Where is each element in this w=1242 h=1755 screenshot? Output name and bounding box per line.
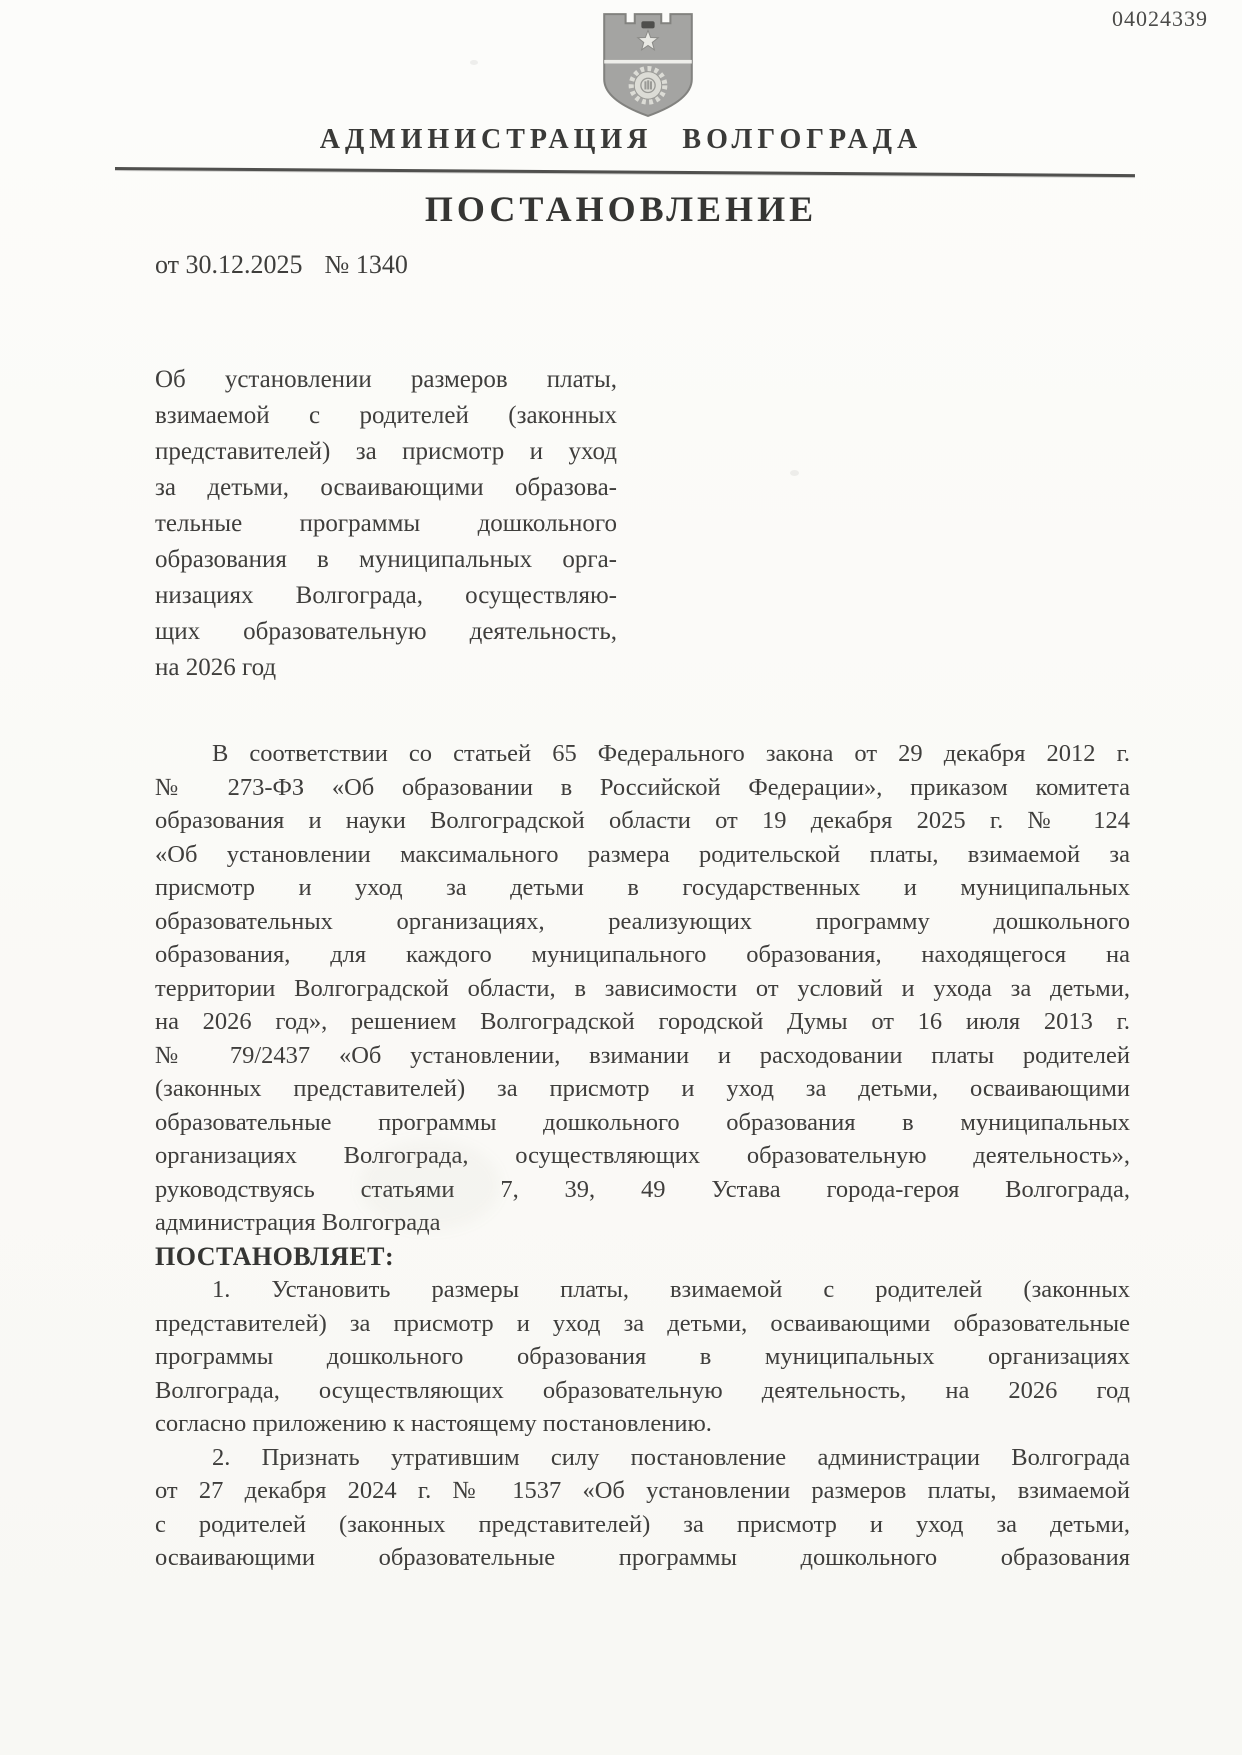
body-text: В соответствии со статьей 65 Федеральног… (155, 737, 1130, 1575)
text-line: тельные программы дошкольного (155, 506, 617, 542)
header-divider-line (115, 167, 1135, 177)
medal-ribbon (641, 21, 654, 28)
sheaf-bar (644, 81, 646, 89)
text-line: администрация Волгограда (155, 1206, 1130, 1240)
text-line: взимаемой с родителей (законных (155, 398, 617, 434)
text-line: от 27 декабря 2024 г. № 1537 «Об установ… (155, 1474, 1130, 1508)
scan-number: 04024339 (1112, 6, 1208, 32)
text-line: образовательных организациях, реализующи… (155, 905, 1130, 939)
text-line: (законных представителей) за присмотр и … (155, 1072, 1130, 1106)
text-line: Об установлении размеров платы, (155, 362, 617, 398)
text-line: с родителей (законных представителей) за… (155, 1508, 1130, 1542)
text-line: согласно приложению к настоящему постано… (155, 1407, 1130, 1441)
doc-number: № 1340 (325, 250, 408, 279)
text-line: организациях Волгограда, осуществляющих … (155, 1139, 1130, 1173)
subject-block: Об установлении размеров платы,взимаемой… (155, 362, 617, 686)
text-line: руководствуясь статьями 7, 39, 49 Устава… (155, 1173, 1130, 1207)
text-line: 1. Установить размеры платы, взимаемой с… (155, 1273, 1130, 1307)
text-line: образования в муниципальных орга- (155, 542, 617, 578)
text-line: № 79/2437 «Об установлении, взимании и р… (155, 1039, 1130, 1073)
resolution-item-2: 2. Признать утратившим силу постановлени… (155, 1441, 1130, 1575)
text-line: образовательные программы дошкольного об… (155, 1106, 1130, 1140)
document-page: 04024339 АДМИНИСТРАЦИЯ ВОЛГОГРАДА ПОСТАН… (0, 0, 1242, 1755)
text-line: на 2026 год», решением Волгоградской гор… (155, 1005, 1130, 1039)
scan-blemish (790, 470, 799, 476)
scan-blemish (470, 60, 478, 65)
text-line: 2. Признать утратившим силу постановлени… (155, 1441, 1130, 1475)
volgograd-coat-of-arms-icon (596, 8, 700, 120)
text-line: Волгограда, осуществляющих образовательн… (155, 1374, 1130, 1408)
text-line: представителей) за присмотр и уход (155, 434, 617, 470)
sheaf-bar (647, 80, 649, 89)
text-line: за детьми, осваивающими образова- (155, 470, 617, 506)
text-line: на 2026 год (155, 650, 617, 686)
resolves-heading: ПОСТАНОВЛЯЕТ: (155, 1240, 1130, 1274)
shield-divider (604, 60, 692, 64)
text-line: В соответствии со статьей 65 Федеральног… (155, 737, 1130, 771)
text-line: № 273-ФЗ «Об образовании в Российской Фе… (155, 771, 1130, 805)
text-line: программы дошкольного образования в муни… (155, 1340, 1130, 1374)
preamble-paragraph: В соответствии со статьей 65 Федеральног… (155, 737, 1130, 1240)
text-line: представителей) за присмотр и уход за де… (155, 1307, 1130, 1341)
sheaf-bar (650, 81, 652, 89)
text-line: присмотр и уход за детьми в государствен… (155, 871, 1130, 905)
resolution-item-1: 1. Установить размеры платы, взимаемой с… (155, 1273, 1130, 1441)
text-line: образования и науки Волгоградской област… (155, 804, 1130, 838)
date-number-line: от 30.12.2025№ 1340 (155, 250, 408, 280)
text-line: щих образовательную деятельность, (155, 614, 617, 650)
document-type-title: ПОСТАНОВЛЕНИЕ (0, 188, 1242, 230)
text-line: низациях Волгограда, осуществляю- (155, 578, 617, 614)
text-line: «Об установлении максимального размера р… (155, 838, 1130, 872)
text-line: образования, для каждого муниципального … (155, 938, 1130, 972)
text-line: осваивающими образовательные программы д… (155, 1541, 1130, 1575)
organization-name: АДМИНИСТРАЦИЯ ВОЛГОГРАДА (0, 124, 1242, 156)
text-line: территории Волгоградской области, в зави… (155, 972, 1130, 1006)
scan-blemish (360, 1140, 500, 1230)
doc-date: от 30.12.2025 (155, 250, 303, 279)
